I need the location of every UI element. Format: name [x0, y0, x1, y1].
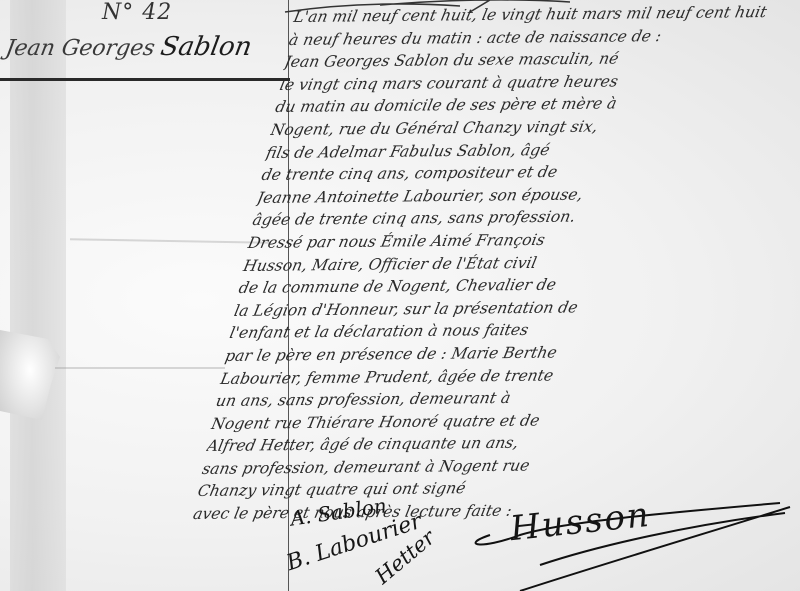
scanned-document-page: N° 42 Jean GeorgesSablon L'an mil neuf c…	[0, 0, 800, 591]
paper-crease	[70, 238, 270, 243]
margin-subject-name: Jean GeorgesSablon	[3, 32, 254, 62]
certificate-body: L'an mil neuf cent huit, le vingt huit m…	[191, 1, 797, 526]
act-number: N° 42	[102, 0, 172, 25]
paper-crease	[55, 367, 225, 369]
margin-header-rule	[0, 78, 290, 81]
subject-given-names: Jean Georges	[4, 36, 157, 61]
signature-block: A. Sablon B. Labourier Hetter Husson	[280, 490, 800, 591]
paper-fold-strip	[10, 0, 66, 591]
subject-surname: Sablon	[158, 32, 254, 62]
